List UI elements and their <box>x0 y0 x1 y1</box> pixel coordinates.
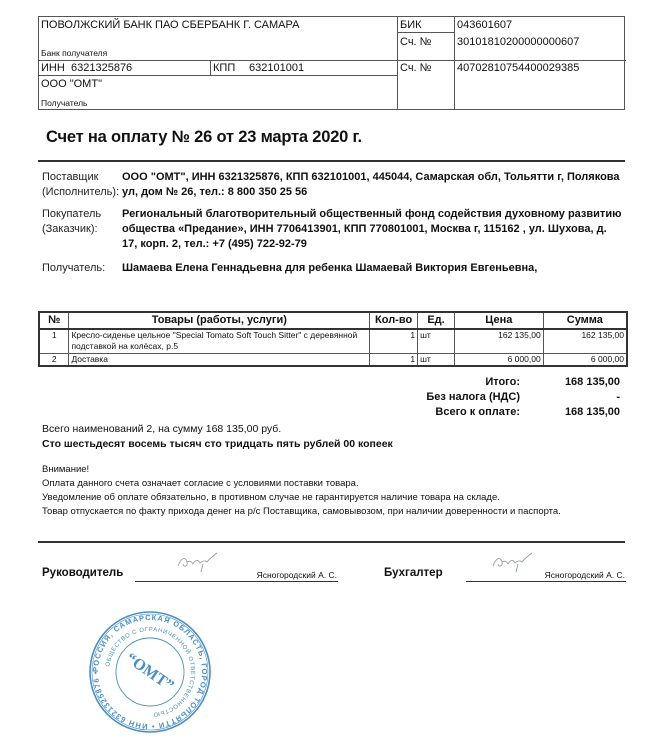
divider <box>39 75 397 76</box>
row-sum: 162 135,00 <box>543 329 627 353</box>
buyer-label: Покупатель <box>42 207 122 222</box>
header-num: № <box>39 312 69 329</box>
vat-value: - <box>616 390 620 405</box>
director-signature-icon <box>175 550 225 575</box>
row-qty: 1 <box>370 329 418 353</box>
buyer-label-sub: (Заказчик): <box>42 222 122 237</box>
divider <box>397 32 454 33</box>
notice-heading: Внимание! <box>42 463 622 477</box>
recipient-caption: Получатель <box>41 97 87 110</box>
summary-block: Всего наименований 2, на сумму 168 135,0… <box>42 422 393 452</box>
subtotal-label: Итого: <box>485 375 520 390</box>
supplier-label-sub: (Исполнитель): <box>42 185 122 200</box>
header-qty: Кол-во <box>370 312 418 329</box>
header-goods: Товары (работы, услуги) <box>69 312 370 329</box>
company-stamp-icon: РОССИЯ, САМАРСКАЯ ОБЛАСТЬ, ГОРОД ТОЛЬЯТТ… <box>85 607 215 737</box>
vat-row: Без налога (НДС) - <box>380 390 620 405</box>
director-signature-line <box>135 581 338 582</box>
row-name: Кресло-сиденье цельное "Special Tomato S… <box>69 329 370 353</box>
bottom-divider <box>38 541 625 543</box>
table-row: 2 Доставка 1 шт 6 000,00 6 000,00 <box>39 353 627 366</box>
divider <box>454 17 455 109</box>
recipient-name: ООО "ОМТ" <box>41 78 102 91</box>
row-num: 1 <box>39 329 69 353</box>
bank-caption: Банк получателя <box>41 47 107 60</box>
accountant-signature-line <box>466 581 626 582</box>
invoice-title: Счет на оплату № 26 от 23 марта 2020 г. <box>46 128 362 147</box>
bank-details-box: ПОВОЛЖСКИЙ БАНК ПАО СБЕРБАНК Г. САМАРА Б… <box>38 16 625 110</box>
table-header-row: № Товары (работы, услуги) Кол-во Ед. Цен… <box>39 312 627 329</box>
notice-line: Товар отпускается по факту прихода денег… <box>42 505 622 519</box>
bik-label: БИК <box>400 19 422 32</box>
divider <box>210 60 211 76</box>
title-divider <box>38 160 625 162</box>
subtotal-value: 168 135,00 <box>565 375 620 390</box>
vat-label: Без налога (НДС) <box>426 390 520 405</box>
account-value: 40702810754400029385 <box>457 62 579 75</box>
recipient-value: Шамаева Елена Геннадьевна для ребенка Ша… <box>122 261 642 276</box>
accountant-name: Ясногородский А. С. <box>525 570 625 580</box>
divider <box>397 17 398 109</box>
header-price: Цена <box>454 312 543 329</box>
amount-in-words: Сто шестьдесят восемь тысяч сто тридцать… <box>42 437 393 452</box>
row-unit: шт <box>418 329 455 353</box>
stamp-center-text: “ОМТ” <box>123 650 177 695</box>
items-table: № Товары (работы, услуги) Кол-во Ед. Цен… <box>38 311 628 367</box>
notice-block: Внимание! Оплата данного счета означает … <box>42 463 622 519</box>
buyer-block: Покупатель (Заказчик): Региональный благ… <box>42 207 642 253</box>
inn-label: ИНН <box>41 62 65 75</box>
bik-value: 043601607 <box>457 19 512 32</box>
row-price: 6 000,00 <box>454 353 543 366</box>
totals-block: Итого: 168 135,00 Без налога (НДС) - Все… <box>380 375 620 420</box>
notice-line: Оплата данного счета означает согласие с… <box>42 477 622 491</box>
row-unit: шт <box>418 353 455 366</box>
divider <box>39 60 626 61</box>
corr-account-value: 30101810200000000607 <box>457 36 579 49</box>
total-label: Всего к оплате: <box>435 405 520 420</box>
header-unit: Ед. <box>418 312 455 329</box>
recipient-label: Получатель: <box>42 261 122 276</box>
row-price: 162 135,00 <box>454 329 543 353</box>
supplier-block: Поставщик (Исполнитель): ООО "ОМТ", ИНН … <box>42 170 642 202</box>
header-sum: Сумма <box>543 312 627 329</box>
total-value: 168 135,00 <box>565 405 620 420</box>
corr-account-label: Сч. № <box>400 36 431 49</box>
row-name: Доставка <box>69 353 370 366</box>
supplier-value: ООО "ОМТ", ИНН 6321325876, КПП 632101001… <box>122 170 632 200</box>
subtotal-row: Итого: 168 135,00 <box>380 375 620 390</box>
accountant-label: Бухгалтер <box>384 567 443 579</box>
buyer-value: Региональный благотворительный обществен… <box>122 207 622 252</box>
inn-value: 6321325876 <box>71 62 132 75</box>
notice-line: Уведомление об оплате обязательно, в про… <box>42 491 622 505</box>
kpp-label: КПП <box>213 62 235 75</box>
items-count-line: Всего наименований 2, на сумму 168 135,0… <box>42 422 393 437</box>
table-row: 1 Кресло-сиденье цельное "Special Tomato… <box>39 329 627 353</box>
director-name: Ясногородский А. С. <box>240 570 337 580</box>
row-num: 2 <box>39 353 69 366</box>
total-row: Всего к оплате: 168 135,00 <box>380 405 620 420</box>
kpp-value: 632101001 <box>249 62 304 75</box>
supplier-label: Поставщик <box>42 170 122 185</box>
row-qty: 1 <box>370 353 418 366</box>
recipient-block: Получатель: Шамаева Елена Геннадьевна дл… <box>42 261 642 277</box>
row-sum: 6 000,00 <box>543 353 627 366</box>
bank-name: ПОВОЛЖСКИЙ БАНК ПАО СБЕРБАНК Г. САМАРА <box>41 19 299 32</box>
account-label: Сч. № <box>400 62 431 75</box>
director-label: Руководитель <box>42 567 123 579</box>
